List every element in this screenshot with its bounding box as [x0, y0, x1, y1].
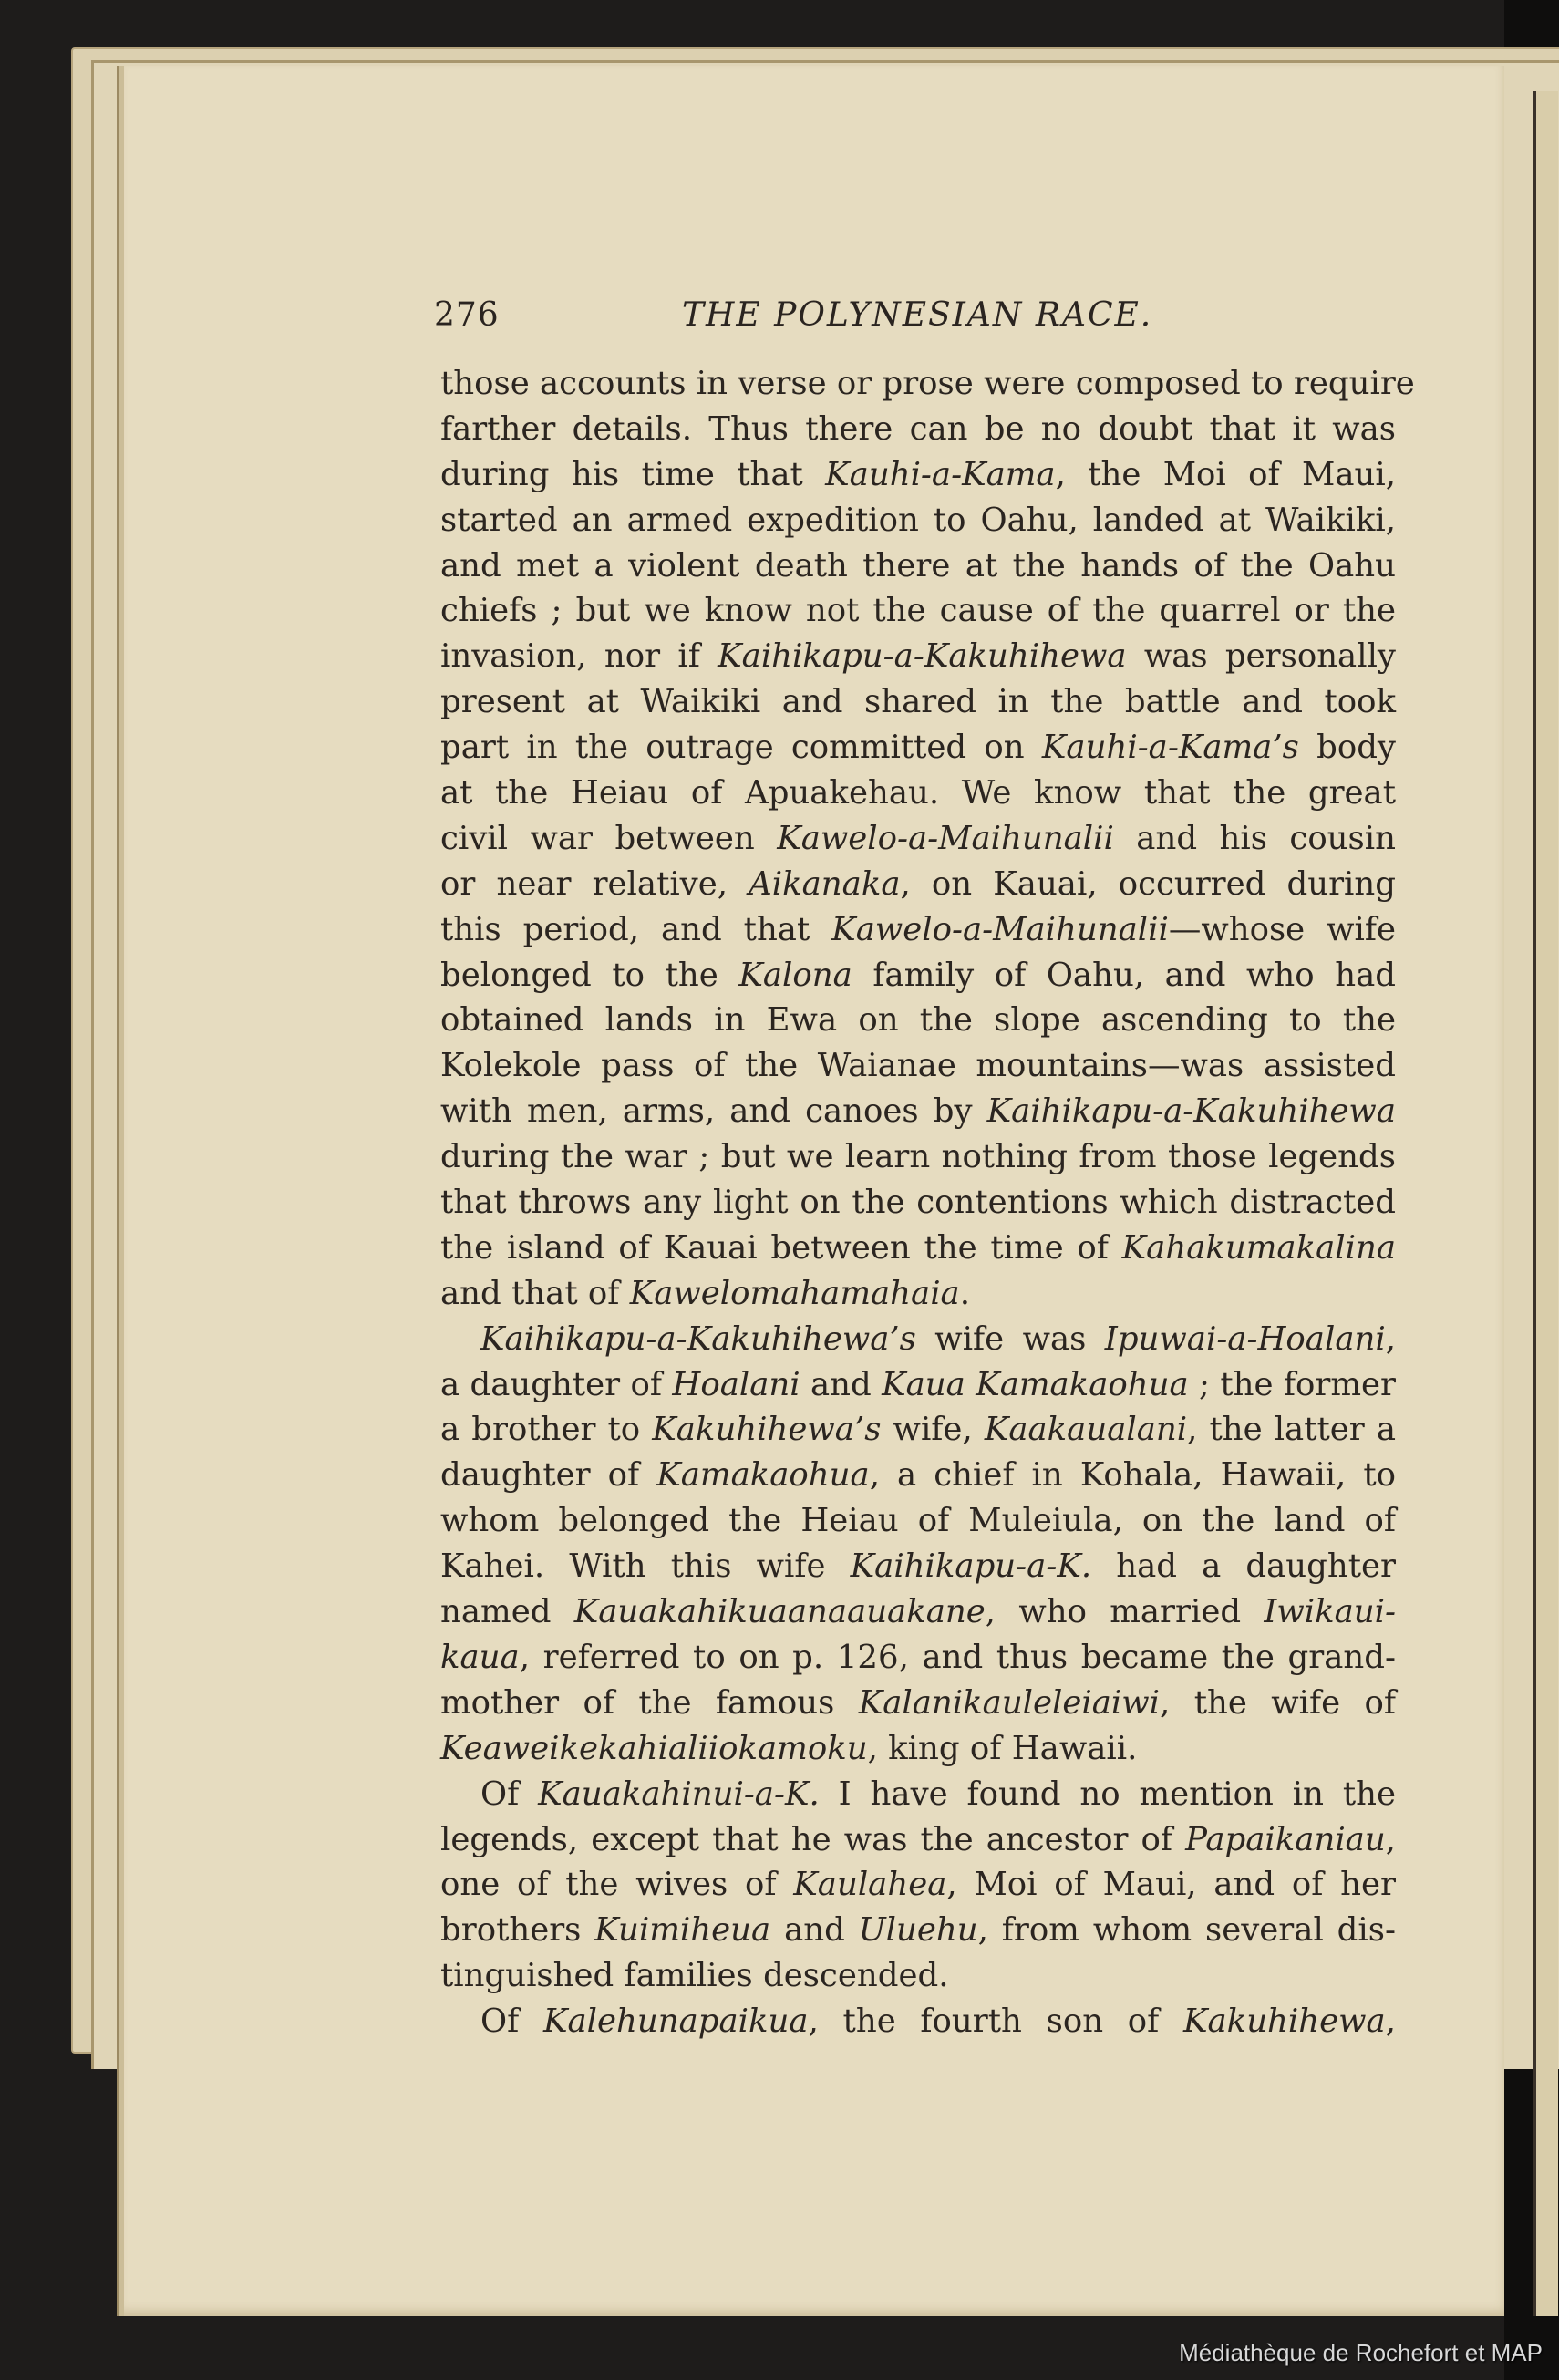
italic-name: Kalehunapaikua	[543, 2002, 809, 2040]
text-line: tinguished families descended.	[440, 1953, 1396, 1999]
running-head: 276 THE POLYNESIAN RACE.	[434, 296, 1400, 351]
text-segment: was personally	[1127, 637, 1396, 675]
italic-name: Kuimiheua	[594, 1911, 770, 1949]
italic-name: Kalona	[738, 957, 852, 994]
italic-name: Kahakumakalina	[1122, 1229, 1396, 1267]
watermark: Médiathèque de Rochefort et MAP	[1179, 2339, 1543, 2367]
text-segment: , referred to on p. 126, and thus became…	[520, 1639, 1396, 1676]
text-segment: I have found no mention in the	[820, 1775, 1396, 1813]
text-line: Kahei. With this wife Kaihikapu-a-K. had…	[440, 1544, 1396, 1589]
text-line: kaua, referred to on p. 126, and thus be…	[440, 1635, 1396, 1681]
italic-name: Ipuwai-a-Hoalani	[1105, 1320, 1386, 1358]
text-segment: chiefs ; but we know not the cause of th…	[440, 592, 1396, 629]
text-segment: Kahei. With this wife	[440, 1547, 851, 1585]
italic-name: Keaweikekahialiiokamoku	[440, 1730, 868, 1767]
text-line: Of Kalehunapaikua, the fourth son of Kak…	[440, 1999, 1396, 2044]
text-line: obtained lands in Ewa on the slope ascen…	[440, 998, 1396, 1043]
text-segment: , the wife of	[1160, 1684, 1396, 1722]
italic-name: Aikanaka	[749, 865, 900, 903]
text-segment: during the war ; but we learn nothing fr…	[440, 1138, 1396, 1175]
text-line: or near relative, Aikanaka, on Kauai, oc…	[440, 862, 1396, 907]
text-line: that throws any light on the contentions…	[440, 1180, 1396, 1226]
text-line: civil war between Kawelo-a-Maihunalii an…	[440, 816, 1396, 862]
text-segment: and his cousin	[1114, 820, 1396, 857]
text-segment: and met a violent death there at the han…	[440, 547, 1396, 585]
text-line: farther details. Thus there can be no do…	[440, 407, 1396, 452]
text-segment: those accounts in verse or prose were co…	[440, 365, 1415, 402]
text-segment: brothers	[440, 1911, 594, 1949]
text-segment: or near relative,	[440, 865, 749, 903]
text-segment: whom belonged the Heiau of Muleiula, on …	[440, 1502, 1396, 1539]
italic-name: Kalanikauleleiaiwi	[859, 1684, 1160, 1722]
italic-name: Kaihikapu-a-Kakuhihewa	[718, 637, 1126, 675]
text-line: brothers Kuimiheua and Uluehu, from whom…	[440, 1908, 1396, 1953]
text-segment: , on Kauai, occurred during	[901, 865, 1396, 903]
text-line: one of the wives of Kaulahea, Moi of Mau…	[440, 1862, 1396, 1908]
text-segment: civil war between	[440, 820, 777, 857]
text-line: part in the outrage committed on Kauhi-a…	[440, 725, 1396, 771]
text-segment: —whose wife	[1169, 911, 1396, 948]
text-line: belonged to the Kalona family of Oahu, a…	[440, 953, 1396, 999]
text-line: the island of Kauai between the time of …	[440, 1226, 1396, 1271]
italic-name: Kaua Kamakaohua	[882, 1366, 1189, 1403]
text-line: and met a violent death there at the han…	[440, 543, 1396, 589]
italic-name: Kawelo-a-Maihunalii	[777, 820, 1114, 857]
text-segment: the island of Kauai between the time of	[440, 1229, 1122, 1267]
text-segment: ,	[1386, 2002, 1396, 2040]
text-segment: wife,	[881, 1411, 984, 1448]
text-segment: ,	[1386, 1821, 1396, 1858]
running-title: THE POLYNESIAN RACE.	[682, 296, 1152, 334]
text-segment: , Moi of Maui, and of her	[946, 1866, 1396, 1903]
text-line: daughter of Kamakaohua, a chief in Kohal…	[440, 1453, 1396, 1498]
text-line: named Kauakahikuaanaauakane, who married…	[440, 1589, 1396, 1635]
text-segment: , who married	[986, 1593, 1265, 1630]
italic-name: kaua	[440, 1639, 520, 1676]
text-line: during his time that Kauhi-a-Kama, the M…	[440, 452, 1396, 498]
body-text: those accounts in verse or prose were co…	[440, 361, 1396, 2044]
text-segment: , king of Hawaii.	[868, 1730, 1138, 1767]
text-segment: , from whom several dis-	[978, 1911, 1396, 1949]
text-segment: wife was	[916, 1320, 1105, 1358]
text-segment: invasion, nor if	[440, 637, 718, 675]
italic-name: Kauakahikuaanaauakane	[574, 1593, 986, 1630]
text-segment: tinguished families descended.	[440, 1957, 949, 1994]
text-segment: this period, and that	[440, 911, 831, 948]
facing-page-edge	[1533, 91, 1558, 2316]
text-segment: farther details. Thus there can be no do…	[440, 410, 1396, 448]
italic-name: Kauakahinui-a-K.	[538, 1775, 820, 1813]
text-segment: started an armed expedition to Oahu, lan…	[440, 502, 1396, 539]
text-line: Keaweikekahialiiokamoku, king of Hawaii.	[440, 1726, 1396, 1772]
text-segment: had a daughter	[1091, 1547, 1396, 1585]
text-segment: at the Heiau of Apuakehau. We know that …	[440, 774, 1396, 812]
text-line: and that of Kawelomahamahaia.	[440, 1271, 1396, 1317]
italic-name: Kamakaohua	[656, 1456, 869, 1494]
italic-name: Kaihikapu-a-Kakuhihewa’s	[480, 1320, 916, 1358]
text-segment: that throws any light on the contentions…	[440, 1184, 1396, 1221]
text-line: at the Heiau of Apuakehau. We know that …	[440, 771, 1396, 816]
text-segment: ; the former	[1189, 1366, 1396, 1403]
text-line: chiefs ; but we know not the cause of th…	[440, 588, 1396, 634]
text-line: with men, arms, and canoes by Kaihikapu-…	[440, 1089, 1396, 1134]
text-line: a brother to Kakuhihewa’s wife, Kaakaual…	[440, 1407, 1396, 1453]
text-line: legends, except that he was the ancestor…	[440, 1817, 1396, 1863]
italic-name: Kauhi-a-Kama’s	[1042, 729, 1299, 766]
text-line: Kolekole pass of the Waianae mountains—w…	[440, 1043, 1396, 1089]
text-segment: belonged to the	[440, 957, 738, 994]
text-segment: , the latter a	[1187, 1411, 1396, 1448]
text-segment: legends, except that he was the ancestor…	[440, 1821, 1185, 1858]
text-segment: present at Waikiki and shared in the bat…	[440, 683, 1396, 720]
text-line: mother of the famous Kalanikauleleiaiwi,…	[440, 1681, 1396, 1726]
italic-name: Kaihikapu-a-Kakuhihewa	[987, 1092, 1396, 1130]
italic-name: Kawelo-a-Maihunalii	[831, 911, 1169, 948]
italic-name: Uluehu	[859, 1911, 978, 1949]
text-segment: a daughter of	[440, 1366, 672, 1403]
text-line: whom belonged the Heiau of Muleiula, on …	[440, 1498, 1396, 1544]
italic-name: Papaikaniau	[1185, 1821, 1386, 1858]
text-segment: body	[1299, 729, 1396, 766]
text-segment: .	[960, 1275, 970, 1312]
text-segment: during his time that	[440, 456, 825, 493]
text-segment: and	[770, 1911, 859, 1949]
text-segment: Kolekole pass of the Waianae mountains—w…	[440, 1047, 1396, 1084]
italic-name: Kaakaualani	[985, 1411, 1187, 1448]
italic-name: Kakuhihewa	[1183, 2002, 1386, 2040]
text-line: those accounts in verse or prose were co…	[440, 361, 1396, 407]
text-segment: part in the outrage committed on	[440, 729, 1042, 766]
italic-name: Kauhi-a-Kama	[825, 456, 1055, 493]
text-segment: ,	[1386, 1320, 1396, 1358]
text-segment: , the fourth son of	[809, 2002, 1183, 2040]
text-segment: , the Moi of Maui,	[1056, 456, 1396, 493]
text-segment: daughter of	[440, 1456, 656, 1494]
text-line: a daughter of Hoalani and Kaua Kamakaohu…	[440, 1362, 1396, 1408]
text-line: Of Kauakahinui-a-K. I have found no ment…	[440, 1772, 1396, 1817]
text-segment: mother of the famous	[440, 1684, 859, 1722]
italic-name: Hoalani	[672, 1366, 800, 1403]
text-line: present at Waikiki and shared in the bat…	[440, 679, 1396, 725]
text-segment: a brother to	[440, 1411, 652, 1448]
text-segment: one of the wives of	[440, 1866, 793, 1903]
text-line: Kaihikapu-a-Kakuhihewa’s wife was Ipuwai…	[440, 1317, 1396, 1362]
text-segment: , a chief in Kohala, Hawaii, to	[870, 1456, 1396, 1494]
text-line: invasion, nor if Kaihikapu-a-Kakuhihewa …	[440, 634, 1396, 679]
page-number: 276	[434, 296, 500, 334]
text-line: started an armed expedition to Oahu, lan…	[440, 498, 1396, 543]
text-segment: and	[800, 1366, 883, 1403]
italic-name: Kaulahea	[793, 1866, 946, 1903]
italic-name: Kawelomahamahaia	[630, 1275, 960, 1312]
text-segment: and that of	[440, 1275, 630, 1312]
text-segment: with men, arms, and canoes by	[440, 1092, 987, 1130]
text-line: during the war ; but we learn nothing fr…	[440, 1134, 1396, 1180]
text-segment: Of	[480, 1775, 538, 1813]
text-segment: obtained lands in Ewa on the slope ascen…	[440, 1001, 1396, 1039]
italic-name: Kakuhihewa’s	[652, 1411, 881, 1448]
italic-name: Iwikaui-	[1264, 1593, 1396, 1630]
italic-name: Kaihikapu-a-K.	[851, 1547, 1091, 1585]
text-segment: Of	[480, 2002, 543, 2040]
text-segment: family of Oahu, and who had	[852, 957, 1396, 994]
text-segment: named	[440, 1593, 574, 1630]
text-line: this period, and that Kawelo-a-Maihunali…	[440, 907, 1396, 953]
